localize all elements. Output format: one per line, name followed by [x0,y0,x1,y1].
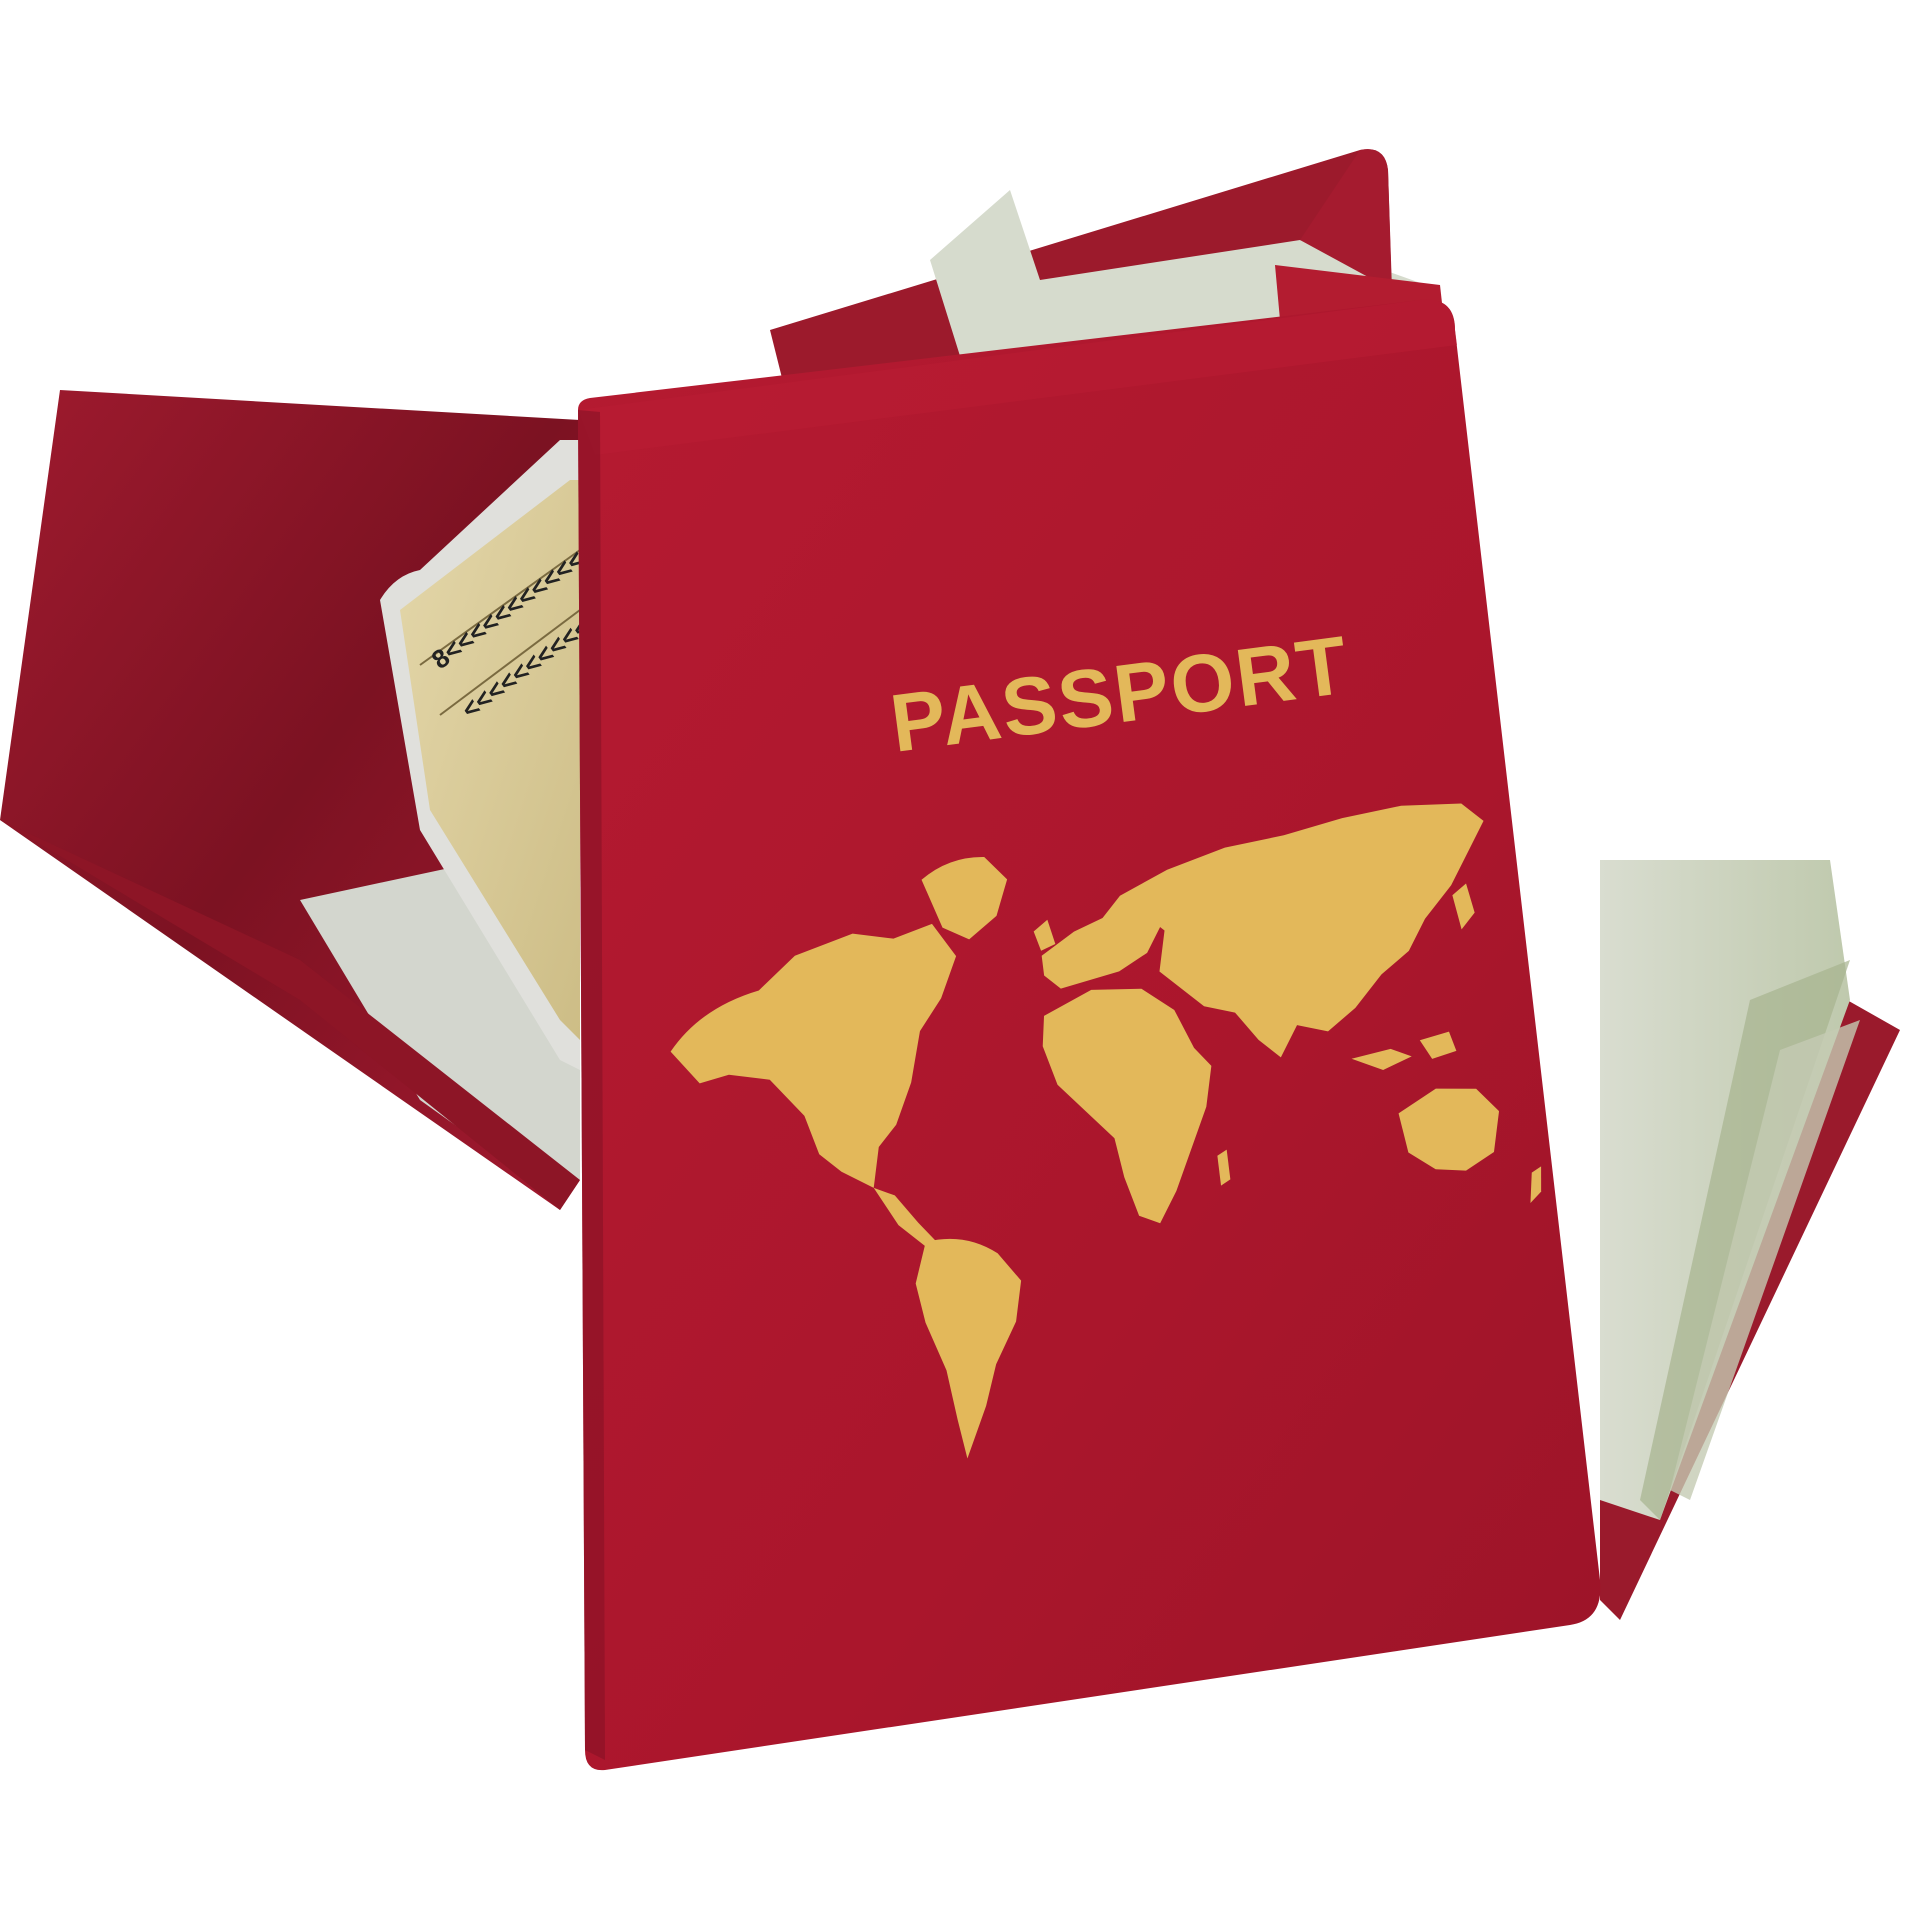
right-pages [1600,860,1900,1620]
front-cover: PASSPORT [578,300,1600,1771]
passport-cover-scene: 8<<<<<<<<<<<<< <<<<<<<<<<<<<< PASSPORT [0,0,1920,1920]
